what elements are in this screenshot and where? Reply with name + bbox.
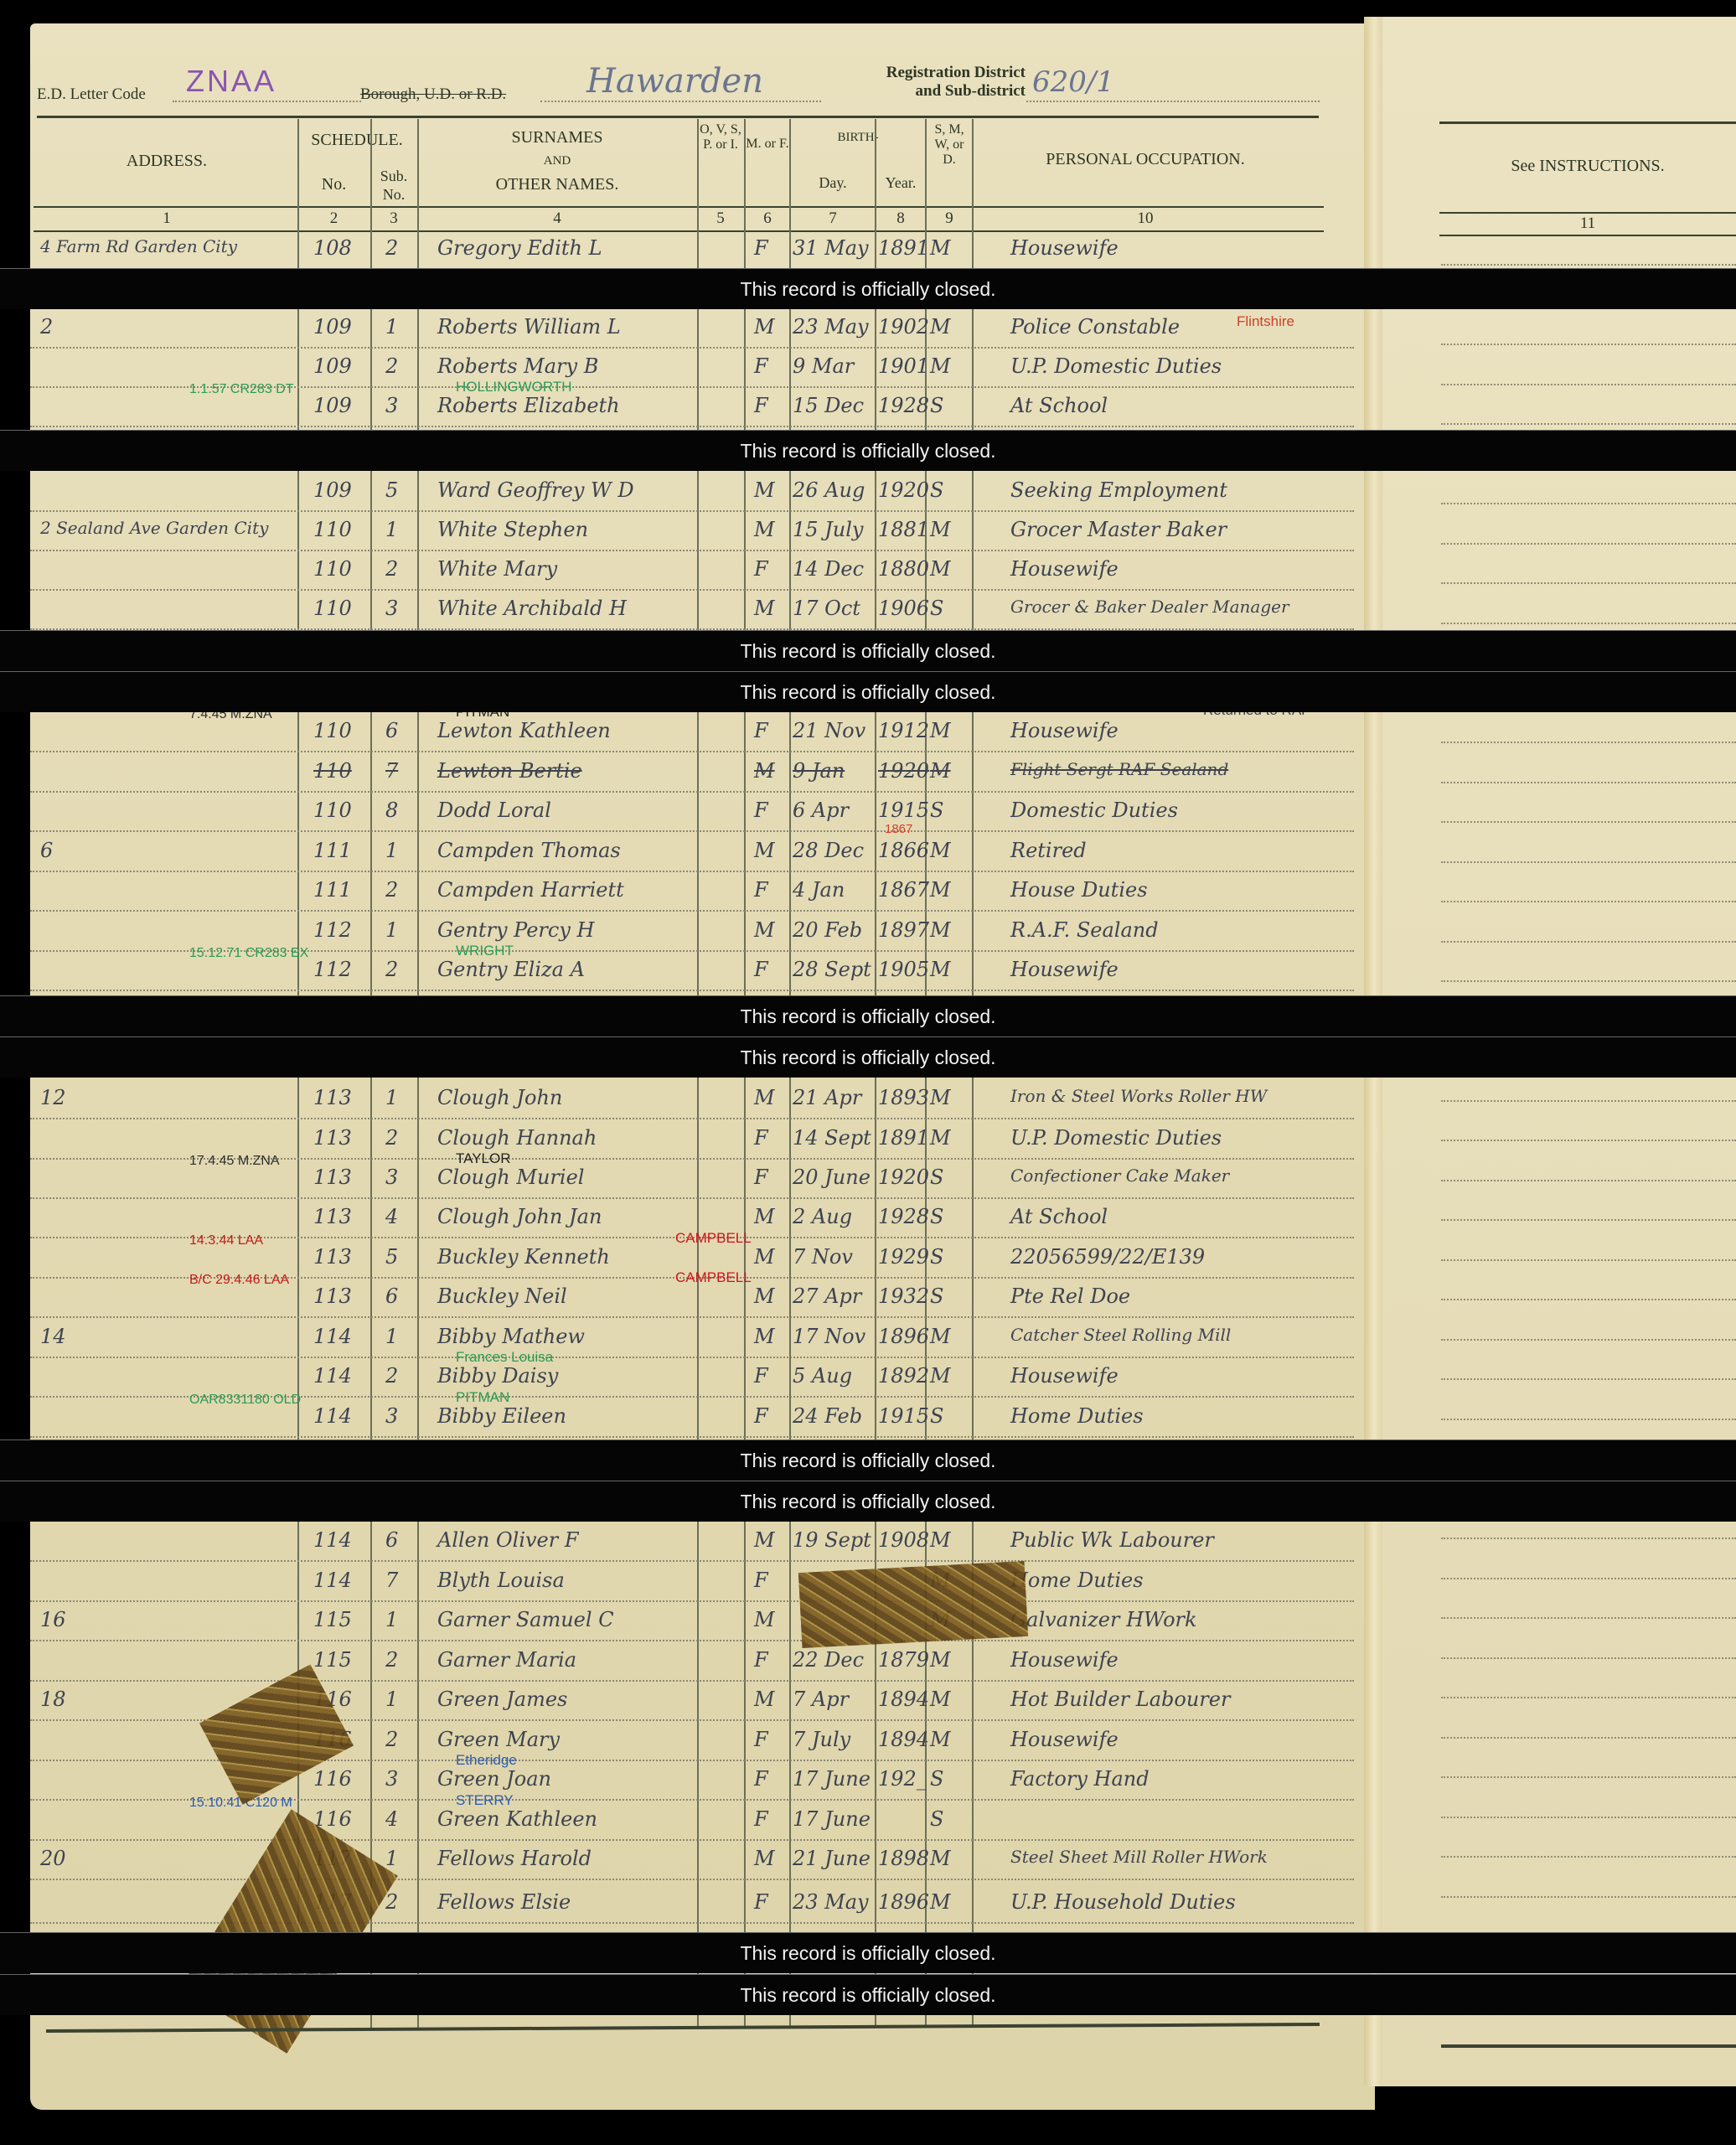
cell-no: 110 [313,799,352,822]
cell-address: 6 [40,839,53,862]
cell-address: 12 [40,1086,66,1109]
closed-record-text: This record is officially closed. [740,1450,995,1472]
cell-cond: S [930,1166,943,1189]
cell-occupation: 22056599/22/E139 [1010,1245,1205,1269]
right-page-rule [1441,1776,1736,1778]
cell-sub: 2 [385,354,398,378]
col-schedule-header: SCHEDULE. [298,130,416,150]
cell-sub: 1 [385,518,398,541]
cell-sub: 3 [385,1166,398,1189]
cell-sub: 2 [385,958,398,981]
cell-cond: M [930,1688,951,1711]
cell-cond: M [930,839,951,862]
col-names-header: SURNAMES AND OTHER NAMES. [419,126,695,196]
cell-sex: M [754,1528,775,1552]
cell-address: 2 [40,315,53,339]
cell-address: 18 [40,1688,66,1711]
cell-occupation: Flight Sergt RAF Sealand [1010,759,1228,779]
cell-day: 9 Jan [793,759,845,783]
cell-day: 2 Aug [793,1205,852,1228]
cell-sex: F [754,1126,768,1150]
cell-name: Campden Harriett [437,878,624,902]
cell-year: 1902 [878,315,929,339]
cell-no: 109 [313,394,352,417]
cell-sub: 2 [385,236,398,260]
cell-sex: M [754,315,775,339]
cell-cond: M [930,1126,951,1150]
cell-day: 17 June [793,1807,871,1831]
cell-day: 31 May [793,236,869,260]
borough-dotted-line [540,101,821,102]
cell-no: 112 [313,958,352,981]
cell-day: 28 Sept [793,958,871,981]
cell-year: 1896 [878,1325,929,1348]
row-rule [30,1600,1354,1602]
cell-name: Bibby Eileen [437,1404,566,1428]
row-rule [30,1640,1354,1641]
cell-no: 111 [313,839,352,862]
table-row: 1152Garner MariaF22 Dec1879MHousewife [30,1643,1354,1682]
cell-no: 113 [313,1205,352,1228]
table-row: 1133Clough MurielF20 June1920SConfection… [30,1160,1354,1199]
cell-address: 2 Sealand Ave Garden City [40,518,268,538]
right-page-rule [1441,344,1736,345]
table-row: 1112Campden HarriettF4 Jan1867MHouse Dut… [30,873,1354,912]
right-page-rule [1441,503,1736,504]
closed-record-text: This record is officially closed. [740,1984,995,2007]
cell-day: 4 Jan [793,878,845,902]
cell-name: Gregory Edith L [437,236,602,260]
closed-record-text: This record is officially closed. [740,640,995,663]
cell-year: 1879 [878,1648,929,1672]
cell-day: 15 Dec [793,394,864,417]
row-rule [30,1436,1354,1438]
names-header-line2: AND [419,149,695,173]
cell-occupation: Housewife [1010,1364,1119,1388]
cell-sub: 1 [385,1325,398,1348]
cell-cond: M [930,315,951,339]
right-page-rule [1441,1817,1736,1818]
cell-name: Clough Muriel [437,1166,584,1189]
cell-occupation: Housewife [1010,719,1119,742]
table-row: 1107Lewton BertieM9 Jan1920MFlight Sergt… [30,754,1354,793]
cell-cond: M [930,1325,951,1348]
closed-record-text: This record is officially closed. [740,1047,995,1069]
closed-record-banner: This record is officially closed. [0,430,1736,471]
cell-name: Lewton Bertie [437,759,582,783]
cell-name: Fellows Elsie [437,1890,571,1914]
registration-district-label: Registration District and Sub-district [824,64,1026,101]
table-row: 2 Sealand Ave Garden City1101White Steph… [30,513,1354,551]
cell-year: 1892 [878,1364,929,1388]
cell-year: 1920 [878,759,929,783]
cell-name: Green Mary [437,1728,560,1751]
right-page-rule [1441,1100,1736,1102]
cell-day: 6 Apr [793,799,849,822]
cell-cond: S [930,1205,943,1228]
right-page-rule [1441,980,1736,982]
cell-occupation: Seeking Employment [1010,478,1227,502]
annotation-left: OAR8331180 OLD [189,1393,301,1408]
cell-sub: 2 [385,878,398,902]
cell-cond: S [930,478,943,502]
right-page-rule [1441,1896,1736,1898]
cell-day: 21 Apr [793,1086,861,1109]
cell-sub: 7 [385,759,398,783]
col-condition-header: S, M, W, or D. [927,122,972,168]
cell-address: 4 Farm Rd Garden City [40,236,237,256]
cell-name: Garner Samuel C [437,1608,614,1631]
cell-name: Fellows Harold [437,1847,592,1870]
cell-no: 116 [313,1767,352,1791]
cell-year: 1880 [878,557,929,581]
cell-year: 1881 [878,518,929,541]
cell-occupation: Housewife [1010,958,1119,981]
cell-occupation: Pte Rel Doe [1010,1284,1130,1308]
cell-cond: S [930,799,943,822]
cell-no: 110 [313,597,352,620]
cell-sex: F [754,1648,768,1672]
row-rule [30,830,1354,832]
col-birth-year-header: Year. [876,174,925,193]
colnum-4: 4 [419,209,695,228]
cell-occupation: Domestic Duties [1010,799,1178,822]
annotation-name: HOLLINGWORTH [456,379,572,395]
cell-sub: 7 [385,1569,398,1592]
cell-year: 1929 [878,1245,929,1269]
cell-no: 110 [313,518,352,541]
annotation-name: Frances Louisa [456,1349,553,1366]
cell-sub: 1 [385,918,398,942]
cell-no: 115 [313,1648,352,1672]
cell-occupation: Steel Sheet Mill Roller HWork [1010,1847,1268,1867]
cell-sex: M [754,1608,775,1631]
cell-name: Allen Oliver F [437,1528,579,1552]
cell-occupation: Home Duties [1010,1404,1144,1428]
colnum-10: 10 [974,209,1317,228]
right-page-rule [1441,901,1736,902]
cell-sex: M [754,839,775,862]
cell-day: 5 Aug [793,1364,852,1388]
cell-occupation: Galvanizer HWork [1010,1608,1197,1631]
row-rule [30,1680,1354,1682]
row-rule [30,589,1354,591]
cell-name: Dodd Loral [437,799,551,822]
cell-sub: 4 [385,1205,398,1228]
cell-occupation: Housewife [1010,236,1119,260]
annotation-left: 14.3.44 LAA [189,1233,263,1248]
cell-day: 15 July [793,518,863,541]
cell-sub: 1 [385,1688,398,1711]
cell-name: Roberts Elizabeth [437,394,620,417]
cell-sub: 1 [385,1847,398,1870]
registration-label-line1: Registration District [824,64,1026,82]
col-birth-day-header: Day. [791,174,875,193]
cell-sub: 5 [385,1245,398,1269]
right-header-top-rule [1439,121,1736,124]
cell-sub: 8 [385,799,398,822]
row-rule [30,751,1354,752]
cell-sex: M [754,518,775,541]
cell-name: Buckley Kenneth [437,1245,610,1269]
right-page-rule [1441,1259,1736,1261]
col-address-header: ADDRESS. [37,151,297,171]
cell-occupation: R.A.F. Sealand [1010,918,1159,942]
cell-no: 110 [313,719,352,742]
right-header-bottom-rule [1439,212,1736,214]
cell-no: 113 [313,1126,352,1150]
closed-record-banner: This record is officially closed. [0,995,1736,1036]
closed-record-banner: This record is officially closed. [0,1439,1736,1481]
colnum-5: 5 [699,209,742,228]
colnum-6: 6 [746,209,789,228]
cell-sex: F [754,1767,768,1791]
cell-sub: 6 [385,719,398,742]
closed-record-banner: This record is officially closed. [0,1036,1736,1078]
right-colnum-bottom-rule [1439,235,1736,236]
cell-sub: 1 [385,1086,398,1109]
cell-sex: M [754,1847,775,1870]
row-rule [30,426,1354,427]
cell-day: 7 Apr [793,1688,849,1711]
cell-day: 17 Oct [793,597,860,620]
cell-sex: F [754,354,768,378]
cell-cond: M [930,958,951,981]
cell-name: Ward Geoffrey W D [437,478,634,502]
cell-cond: S [930,1807,943,1831]
cell-name: Roberts William L [437,315,621,339]
cell-year: 1906 [878,597,929,620]
closed-record-banner: This record is officially closed. [0,268,1736,309]
cell-year: 1905 [878,958,929,981]
cell-cond: M [930,557,951,581]
right-page-rule [1441,1140,1736,1141]
right-page-rule [1441,384,1736,385]
closed-record-banner: This record is officially closed. [0,671,1736,712]
cell-no: 114 [313,1404,352,1428]
right-page-rule [1441,623,1736,624]
cell-cond: M [930,878,951,902]
cell-cond: S [930,1284,943,1308]
cell-occupation: Hot Builder Labourer [1010,1688,1230,1711]
cell-year: 1891 [878,236,929,260]
cell-sub: 2 [385,1648,398,1672]
cell-occupation: Iron & Steel Works Roller HW [1010,1086,1267,1106]
cell-sub: 2 [385,1364,398,1388]
colnum-2: 2 [298,209,369,228]
cell-year: 1894 [878,1728,929,1751]
closed-record-text: This record is officially closed. [740,1491,995,1513]
ed-letter-code-label: E.D. Letter Code [37,85,146,104]
cell-sex: F [754,236,768,260]
col-birth-header: BIRTH- [791,130,925,145]
cell-day: 20 Feb [793,918,862,942]
cell-sex: M [754,1245,775,1269]
cell-cond: M [930,1086,951,1109]
cell-name: White Stephen [437,518,588,541]
cell-year: 1928 [878,1205,929,1228]
cell-no: 114 [313,1325,352,1348]
table-row: 1146Allen Oliver FM19 Sept1908MPublic Wk… [30,1523,1354,1562]
cell-no: 114 [313,1569,352,1592]
cell-occupation: Grocer & Baker Dealer Manager [1010,597,1289,617]
cell-cond: M [930,1648,951,1672]
cell-no: 113 [313,1086,352,1109]
cell-sub: 6 [385,1284,398,1308]
cell-name: Clough Hannah [437,1126,597,1150]
cell-sex: M [754,1325,775,1348]
right-page-bottom-rule [1441,2044,1736,2048]
right-page-rule [1441,1419,1736,1420]
cell-day: 23 May [793,1890,869,1914]
cell-sub: 3 [385,394,398,417]
annotation-name: TAYLOR [456,1150,511,1167]
closed-record-banner: This record is officially closed. [0,1974,1736,2015]
right-page-rule [1441,1219,1736,1221]
cell-cond: M [930,1364,951,1388]
col-schedule-sub-header: Sub. No. [372,168,416,204]
table-row: 1136Buckley NeilM27 Apr1932SPte Rel DoeB… [30,1279,1354,1318]
cell-no: 108 [313,236,352,260]
cell-sex: M [754,597,775,620]
right-page-rule [1441,1737,1736,1739]
cell-year: 1867 [878,878,929,902]
cell-no: 109 [313,354,352,378]
right-page-rule [1441,1299,1736,1300]
cell-year: 1912 [878,719,929,742]
cell-sub: 1 [385,1608,398,1631]
cell-sub: 6 [385,1528,398,1552]
cell-cond: M [930,236,951,260]
cell-address: 14 [40,1325,66,1348]
right-page-rule [1441,1617,1736,1619]
cell-sub: 3 [385,597,398,620]
annotation-name: Etheridge [456,1752,517,1769]
table-row: 1108Dodd LoralF6 Apr1915SDomestic Duties [30,793,1354,832]
cell-year: 1894 [878,1688,929,1711]
right-page-rule [1441,742,1736,743]
cell-no: 111 [313,878,352,902]
annotation-note: Flintshire [1237,313,1294,330]
annotation-name: WRIGHT [456,943,514,959]
cell-occupation: Housewife [1010,1728,1119,1751]
annotation-name: STERRY [456,1792,514,1809]
closed-record-text: This record is officially closed. [740,681,995,704]
cell-no: 112 [313,918,352,942]
annotation-left: 17.4.45 M.ZNA [189,1154,280,1169]
cell-cond: M [930,1847,951,1870]
names-header-line3: OTHER NAMES. [419,173,695,196]
table-row: 61111Campden ThomasM28 Dec1866MRetired18… [30,834,1354,872]
cell-sex: F [754,1728,768,1751]
cell-occupation: Housewife [1010,557,1119,581]
cell-day: 24 Feb [793,1404,862,1428]
cell-sex: M [754,1284,775,1308]
table-row: 21091Roberts William LM23 May1902MPolice… [30,310,1354,349]
row-rule [30,1560,1354,1562]
cell-sex: M [754,1086,775,1109]
cell-day: 23 May [793,315,869,339]
cell-sub: 1 [385,839,398,862]
cell-name: White Mary [437,557,557,581]
cell-occupation: Police Constable [1010,315,1180,339]
cell-name: Gentry Eliza A [437,958,585,981]
closed-record-text: This record is officially closed. [740,440,995,463]
cell-occupation: Public Wk Labourer [1010,1528,1214,1552]
cell-no: 114 [313,1528,352,1552]
cell-cond: M [930,1890,951,1914]
cell-cond: S [930,1767,943,1791]
right-page-rule [1441,1856,1736,1858]
cell-day: 22 Dec [793,1648,864,1672]
cell-no: 113 [313,1245,352,1269]
cell-day: 14 Sept [793,1126,871,1150]
row-rule [30,347,1354,349]
cell-occupation: At School [1010,1205,1108,1228]
row-rule [30,550,1354,551]
cell-sub: 4 [385,1807,398,1831]
cell-name: Clough John Jan [437,1205,602,1228]
cell-year: 1897 [878,918,929,942]
right-page-rule [1441,264,1736,266]
cell-cond: M [930,1528,951,1552]
colnum-3: 3 [372,209,416,228]
cell-sex: M [754,478,775,502]
year-correction: 1867 [885,822,912,836]
cell-no: 113 [313,1284,352,1308]
row-rule [30,1316,1354,1318]
cell-year: 1915 [878,1404,929,1428]
colnum-1: 1 [37,209,297,228]
cell-year: 1932 [878,1284,929,1308]
table-row: 4 Farm Rd Garden City1082Gregory Edith L… [30,231,1354,270]
right-page-rule [1441,821,1736,823]
right-page-rule [1441,1578,1736,1579]
cell-day: 14 Dec [793,557,864,581]
cell-occupation: U.P. Household Duties [1010,1890,1236,1914]
table-row: 201171Fellows HaroldM21 June1898MSteel S… [30,1842,1354,1880]
table-row: 161151Garner Samuel CMMGalvanizer HWork [30,1603,1354,1641]
cell-day: 20 June [793,1166,871,1189]
right-page-rule [1441,1378,1736,1380]
cell-year: 1908 [878,1528,929,1552]
cell-name: Green Kathleen [437,1807,597,1831]
cell-day: 21 Nov [793,719,865,742]
table-row: 1147Blyth LouisaFMHome Duties [30,1564,1354,1602]
cell-cond: S [930,1245,943,1269]
annotation-left: 15.12.71 CR283 EX [189,946,308,961]
cell-year: 192_ [878,1767,927,1791]
col-ovspi-header: O, V, S, P. or I. [699,122,742,152]
cell-sex: M [754,759,775,783]
annotation-left: B/C 29.4.46 LAA [189,1273,289,1288]
cell-occupation: Confectioner Cake Maker [1010,1166,1229,1186]
right-page-rule [1441,1538,1736,1539]
cell-cond: M [930,518,951,541]
cell-cond: S [930,597,943,620]
cell-no: 115 [313,1608,352,1631]
cell-name: Buckley Neil [437,1284,567,1308]
cell-year: 1901 [878,354,929,378]
cell-day: 21 June [793,1847,871,1870]
table-row: 1164Green KathleenF17 JuneS15.10.41 C120… [30,1802,1354,1841]
cell-sex: F [754,1807,768,1831]
cell-occupation: Retired [1010,839,1087,862]
row-rule [30,990,1354,991]
cell-name: Bibby Daisy [437,1364,558,1388]
row-rule [30,871,1354,872]
cell-sex: F [754,1364,768,1388]
